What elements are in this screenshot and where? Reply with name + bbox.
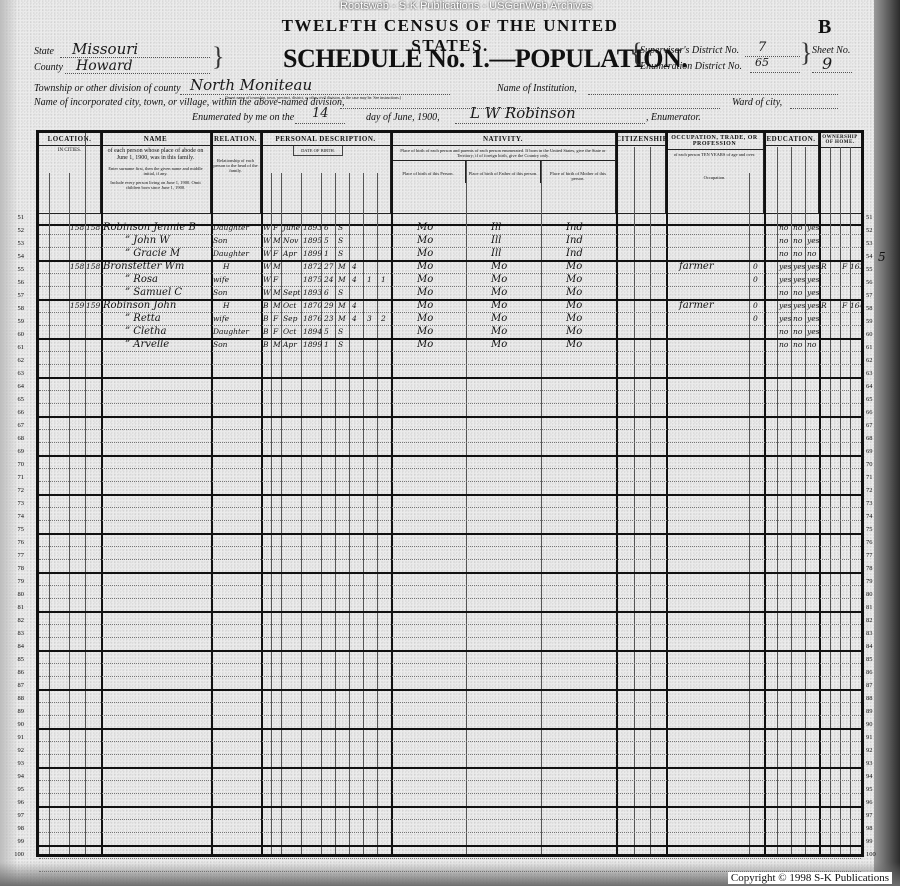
supervisor-line [745, 56, 800, 57]
dwelling-number: 158 [70, 221, 84, 234]
owned-or-rented: R [821, 299, 827, 312]
brace-right: } [800, 38, 812, 68]
birth-month: Oct [283, 325, 296, 338]
father-birthplace: Mo [491, 338, 507, 351]
years-married: 4 [352, 312, 357, 325]
birthplace: Mo [417, 221, 433, 234]
birth-month: Sep [283, 312, 297, 325]
mother-birthplace: Mo [566, 273, 582, 286]
marital-status: S [338, 234, 343, 247]
months-unemployed: 0 [753, 312, 758, 325]
table-row [39, 780, 861, 794]
color: W [263, 286, 271, 299]
mother-birthplace: Ind [566, 221, 583, 234]
can-read: no [779, 338, 788, 351]
birth-year: 1875 [303, 273, 322, 286]
marital-status: S [338, 325, 343, 338]
enumerated-suffix: day of June, 1900, [366, 112, 440, 123]
township-value: North Moniteau [190, 76, 312, 94]
children-living: 1 [381, 273, 386, 286]
table-row [39, 507, 861, 521]
color: B [263, 325, 269, 338]
birthplace: Mo [417, 325, 433, 338]
owned-or-rented: R [821, 260, 827, 273]
table-row [39, 819, 861, 833]
birth-year: 1899 [303, 338, 322, 351]
state-label: State [34, 46, 54, 57]
father-birthplace: Mo [491, 273, 507, 286]
table-row [39, 390, 861, 404]
day-line [295, 123, 345, 124]
can-write: yes [793, 260, 806, 273]
occupation: farmer [679, 260, 714, 273]
birthplace: Mo [417, 247, 433, 260]
header-relation: RELATION. Relationship of each person to… [211, 133, 261, 213]
birthplace: Mo [417, 312, 433, 325]
can-write: no [793, 312, 802, 325]
age: 23 [324, 312, 334, 325]
birth-year: 1870 [303, 299, 322, 312]
farm-schedule-number: 163 [850, 260, 864, 273]
can-speak-english: yes [807, 312, 820, 325]
person-name: Robinson Jennie B [103, 221, 196, 234]
margin-annotation: 5 [878, 250, 886, 264]
population-schedule-table: LOCATION. IN CITIES. NAME of each person… [36, 130, 864, 857]
can-read: no [779, 221, 788, 234]
color: W [263, 273, 271, 286]
age: 5 [324, 234, 329, 247]
age: 1 [324, 247, 329, 260]
relation: Son [213, 234, 227, 247]
color: W [263, 234, 271, 247]
person-name: ” Rosa [125, 273, 158, 286]
table-row [39, 741, 861, 755]
relation: wife [213, 312, 229, 325]
enumeration-label: Enumeration District No. [640, 61, 742, 72]
birthplace: Mo [417, 273, 433, 286]
township-label: Township or other division of county [34, 83, 181, 94]
institution-line [588, 94, 838, 95]
can-read: yes [779, 273, 792, 286]
can-read: yes [779, 312, 792, 325]
sex: F [273, 247, 278, 260]
header-citizenship: CITIZENSHIP. [616, 133, 666, 213]
table-row [39, 273, 861, 287]
header-nativity: NATIVITY. Place of birth of each person … [391, 133, 616, 213]
color: B [263, 299, 269, 312]
person-name: ” Gracie M [125, 247, 180, 260]
years-married: 4 [352, 260, 357, 273]
sex: M [273, 338, 281, 351]
father-birthplace: Mo [491, 325, 507, 338]
table-row [39, 494, 861, 508]
person-name: ” Retta [125, 312, 161, 325]
farm-or-house: F [842, 260, 847, 273]
color: W [263, 247, 271, 260]
can-write: no [793, 325, 802, 338]
marital-status: S [338, 221, 343, 234]
sex: F [273, 325, 278, 338]
table-row [39, 663, 861, 677]
months-unemployed: 0 [753, 260, 758, 273]
table-row [39, 624, 861, 638]
archive-watermark: Rootsweb - S-K Publications - USGenWeb A… [340, 0, 592, 12]
relation: Daughter [213, 221, 249, 234]
person-name: ” Arvelle [125, 338, 169, 351]
state-value: Missouri [72, 40, 138, 58]
table-row [39, 650, 861, 664]
enumerator-label: , Enumerator. [646, 112, 701, 123]
can-write: yes [793, 273, 806, 286]
table-row [39, 702, 861, 716]
mother-birthplace: Mo [566, 325, 582, 338]
table-row [39, 611, 861, 625]
enumerated-day: 14 [312, 106, 329, 121]
family-number: 158 [86, 260, 100, 273]
table-row [39, 767, 861, 781]
months-unemployed: 0 [753, 273, 758, 286]
mother-of-children: 3 [367, 312, 372, 325]
mother-birthplace: Ind [566, 234, 583, 247]
farm-schedule-number: 164 [850, 299, 864, 312]
person-name: ” John W [125, 234, 170, 247]
father-birthplace: Mo [491, 312, 507, 325]
ward-label: Ward of city, [732, 97, 782, 108]
occupation: farmer [679, 299, 714, 312]
birthplace: Mo [417, 338, 433, 351]
age: 6 [324, 286, 329, 299]
institution-label: Name of Institution, [497, 83, 577, 94]
table-row [39, 728, 861, 742]
table-row [39, 689, 861, 703]
person-name: ” Cletha [125, 325, 166, 338]
birthplace: Mo [417, 234, 433, 247]
color: B [263, 312, 269, 325]
age: 27 [324, 260, 334, 273]
sex: M [273, 286, 281, 299]
birth-month: June [283, 221, 300, 234]
table-row [39, 468, 861, 482]
can-write: no [793, 286, 802, 299]
color: W [263, 221, 271, 234]
sex: M [273, 299, 281, 312]
brace-left: } [212, 42, 224, 72]
can-speak-english: yes [807, 234, 820, 247]
ward-line [790, 108, 838, 109]
years-married: 4 [352, 273, 357, 286]
table-row [39, 351, 861, 365]
sex: M [273, 260, 281, 273]
county-value: Howard [76, 58, 133, 74]
mother-birthplace: Ind [566, 247, 583, 260]
can-read: no [779, 247, 788, 260]
birth-month: Nov [283, 234, 298, 247]
table-row [39, 845, 861, 859]
table-row [39, 533, 861, 547]
marital-status: S [338, 338, 343, 351]
can-write: no [793, 221, 802, 234]
color: B [263, 338, 269, 351]
can-write: no [793, 338, 802, 351]
table-row [39, 312, 861, 326]
marital-status: M [338, 260, 346, 273]
enumerator-line [455, 123, 645, 124]
table-row [39, 585, 861, 599]
copyright-notice: Copyright © 1998 S-K Publications [728, 872, 892, 884]
relation: Daughter [213, 247, 249, 260]
can-speak-english: yes [807, 260, 820, 273]
mother-of-children: 1 [367, 273, 372, 286]
relation: wife [213, 273, 229, 286]
table-row [39, 455, 861, 469]
father-birthplace: Ill [491, 247, 501, 260]
birth-year: 1893 [303, 221, 322, 234]
mother-birthplace: Mo [566, 260, 582, 273]
relation: H [223, 260, 230, 273]
can-speak-english: yes [807, 325, 820, 338]
sex: F [273, 221, 278, 234]
mother-birthplace: Mo [566, 299, 582, 312]
mother-birthplace: Mo [566, 286, 582, 299]
age: 5 [324, 325, 329, 338]
birth-year: 1872 [303, 260, 322, 273]
relation: Son [213, 286, 227, 299]
father-birthplace: Mo [491, 260, 507, 273]
can-write: no [793, 247, 802, 260]
can-read: no [779, 234, 788, 247]
birthplace: Mo [417, 260, 433, 273]
age: 29 [324, 299, 334, 312]
birth-month: Apr [283, 247, 297, 260]
can-write: yes [793, 299, 806, 312]
can-speak-english: yes [807, 273, 820, 286]
city-label: Name of incorporated city, town, or vill… [34, 97, 345, 108]
birth-month: Oct [283, 299, 296, 312]
relation: H [223, 299, 230, 312]
sex: M [273, 234, 281, 247]
sex: F [273, 312, 278, 325]
enumeration-line [750, 72, 800, 73]
dwelling-number: 158 [70, 260, 84, 273]
sex: F [273, 273, 278, 286]
family-number: 159 [86, 299, 100, 312]
father-birthplace: Mo [491, 286, 507, 299]
birth-year: 1876 [303, 312, 322, 325]
can-read: no [779, 286, 788, 299]
sheet-value: 9 [822, 54, 832, 73]
person-name: ” Samuel C [125, 286, 182, 299]
marital-status: S [338, 247, 343, 260]
table-row [39, 416, 861, 430]
marital-status: M [338, 273, 346, 286]
mother-birthplace: Mo [566, 312, 582, 325]
marital-status: M [338, 312, 346, 325]
age: 24 [324, 273, 334, 286]
table-row [39, 429, 861, 443]
birth-year: 1894 [303, 325, 322, 338]
relation: Daughter [213, 325, 249, 338]
birthplace: Mo [417, 286, 433, 299]
enumerator-name: L W Robinson [470, 104, 576, 122]
supervisor-value: 7 [758, 40, 766, 55]
months-unemployed: 0 [753, 299, 758, 312]
can-speak-english: no [807, 338, 816, 351]
relation: Son [213, 338, 227, 351]
can-speak-english: yes [807, 299, 820, 312]
header-name: NAME of each person whose place of abode… [101, 133, 211, 213]
age: 6 [324, 221, 329, 234]
can-speak-english: yes [807, 221, 820, 234]
dwelling-number: 159 [70, 299, 84, 312]
table-row [39, 806, 861, 820]
table-row [39, 572, 861, 586]
person-name: Bronstetter Wm [103, 260, 184, 273]
children-living: 2 [381, 312, 386, 325]
can-speak-english: yes [807, 286, 820, 299]
father-birthplace: Mo [491, 299, 507, 312]
schedule-title: SCHEDULE No. 1.—POPULATION. [283, 44, 687, 74]
enumeration-value: 65 [755, 56, 769, 69]
color: W [263, 260, 271, 273]
can-speak-english: no [807, 247, 816, 260]
age: 1 [324, 338, 329, 351]
supervisor-label: Supervisor's District No. [640, 45, 739, 56]
birth-year: 1895 [303, 234, 322, 247]
birth-year: 1899 [303, 247, 322, 260]
can-read: yes [779, 260, 792, 273]
table-row [39, 546, 861, 560]
enumerated-prefix: Enumerated by me on the [192, 112, 294, 123]
birth-year: 1893 [303, 286, 322, 299]
can-read: no [779, 325, 788, 338]
birth-month: Apr [283, 338, 297, 351]
family-number: 158 [86, 221, 100, 234]
person-name: Robinson John [103, 299, 176, 312]
birth-month: Sept [283, 286, 300, 299]
farm-or-house: F [842, 299, 847, 312]
can-write: no [793, 234, 802, 247]
can-read: yes [779, 299, 792, 312]
marital-status: S [338, 286, 343, 299]
table-row [39, 377, 861, 391]
marital-status: M [338, 299, 346, 312]
years-married: 4 [352, 299, 357, 312]
father-birthplace: Ill [491, 234, 501, 247]
father-birthplace: Ill [491, 221, 501, 234]
birthplace: Mo [417, 299, 433, 312]
sheet-letter: B [818, 16, 831, 39]
mother-birthplace: Mo [566, 338, 582, 351]
county-label: County [34, 62, 63, 73]
